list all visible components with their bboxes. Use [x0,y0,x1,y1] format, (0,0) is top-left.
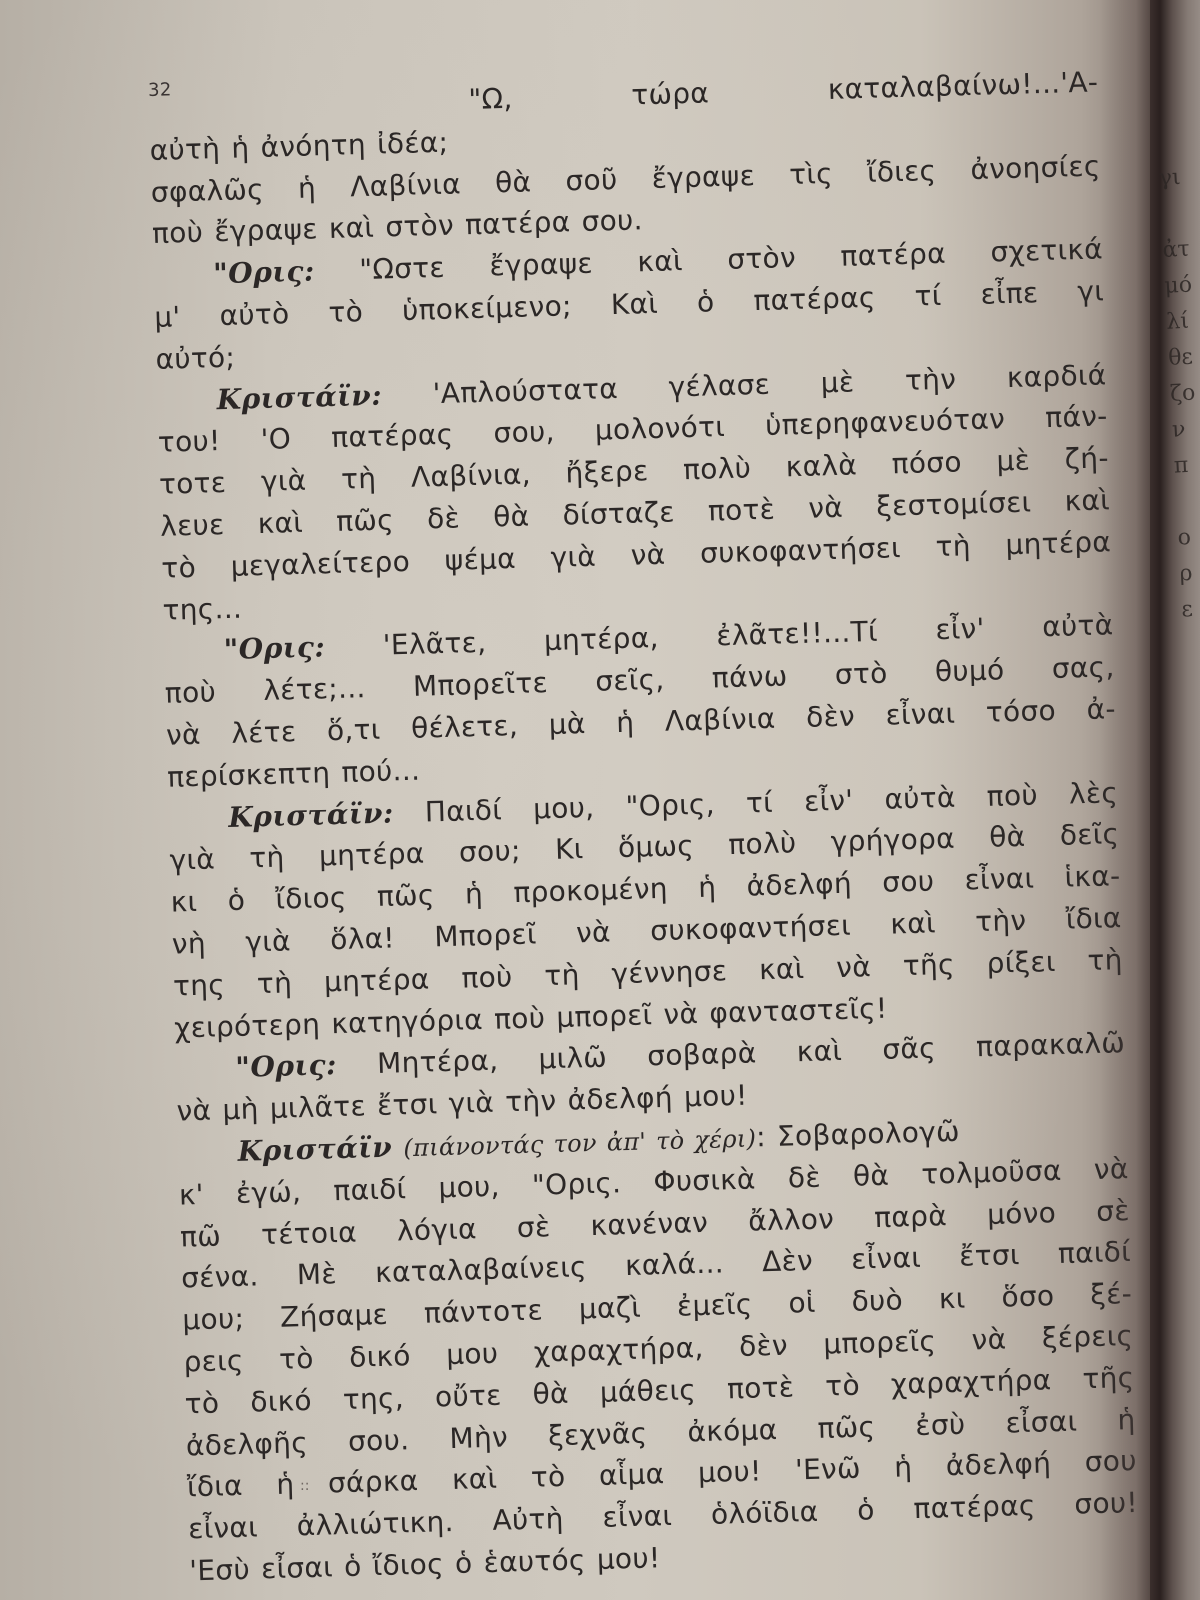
speaker-oris: "Ορις: [213,255,315,291]
speaker-oris: "Ορις: [235,1048,337,1084]
book-page: 32 "Ω, τώρα καταλαβαίνω!...'Α- αὐτὴ ἡ ἀν… [0,0,1150,1600]
speaker-oris: "Ορις: [223,631,325,667]
page-text-block: 32 "Ω, τώρα καταλαβαίνω!...'Α- αὐτὴ ἡ ἀν… [148,61,1140,1592]
speaker-kristain: Κριστάϊν: [228,796,394,834]
print-marks: :: [300,1478,309,1494]
stage-direction: (πιάνοντάς τον ἀπ' τὸ χέρι) [403,1124,757,1162]
speaker-kristain: Κριστάϊν: [216,378,382,416]
page-number: 32 [148,79,172,101]
speaker-kristain: Κριστάϊν [237,1131,392,1168]
photo-scene: 32 "Ω, τώρα καταλαβαίνω!...'Α- αὐτὴ ἡ ἀν… [0,0,1200,1600]
